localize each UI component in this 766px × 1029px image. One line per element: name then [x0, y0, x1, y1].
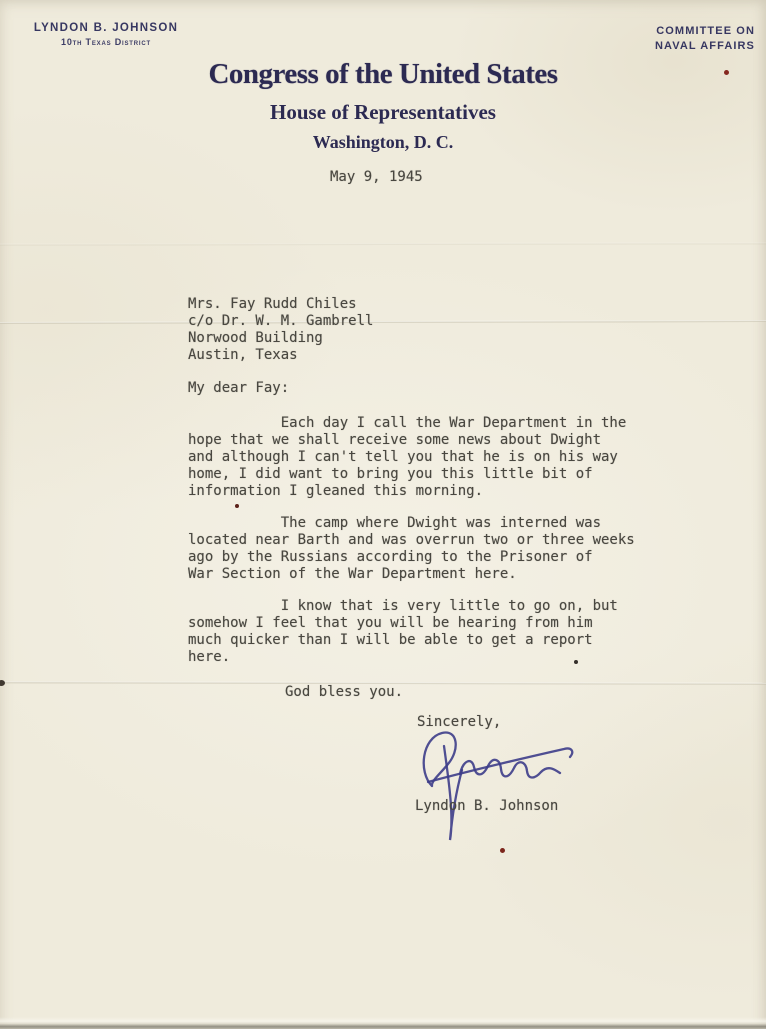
- committee-line-1: COMMITTEE ON: [655, 24, 755, 39]
- salutation: My dear Fay:: [188, 380, 289, 397]
- fold-crease-upper: [0, 320, 766, 324]
- signature-handwritten: [398, 722, 588, 847]
- paragraph-1: Each day I call the War Department in th…: [188, 415, 626, 500]
- ink-speck: [574, 660, 578, 664]
- sender-district: 10th Texas District: [24, 37, 188, 47]
- scan-bottom-edge: [0, 1017, 766, 1029]
- paragraph-3: I know that is very little to go on, but…: [188, 598, 618, 666]
- committee-block: COMMITTEE ON NAVAL AFFAIRS: [655, 24, 755, 54]
- paragraph-2: The camp where Dwight was interned was l…: [188, 515, 635, 583]
- sender-block: LYNDON B. JOHNSON 10th Texas District: [24, 22, 188, 47]
- ink-speck: [724, 70, 729, 75]
- ink-speck: [0, 680, 5, 686]
- letter-page: LYNDON B. JOHNSON 10th Texas District CO…: [0, 0, 766, 1029]
- committee-line-2: NAVAL AFFAIRS: [655, 39, 755, 54]
- letterhead-subtitle: House of Representatives: [0, 100, 766, 125]
- sender-name: LYNDON B. JOHNSON: [24, 22, 188, 34]
- letterhead-title: Congress of the United States: [0, 58, 766, 91]
- fold-crease-top: [0, 242, 766, 245]
- ink-speck: [500, 848, 505, 853]
- blessing-line: God bless you.: [285, 684, 403, 701]
- ink-speck: [235, 504, 239, 508]
- typed-signature-name: Lyndon B. Johnson: [415, 798, 558, 815]
- recipient-address: Mrs. Fay Rudd Chiles c/o Dr. W. M. Gambr…: [188, 296, 373, 364]
- signature-stroke-descender: [444, 746, 462, 840]
- letter-date: May 9, 1945: [330, 169, 423, 186]
- letterhead-city: Washington, D. C.: [0, 132, 766, 153]
